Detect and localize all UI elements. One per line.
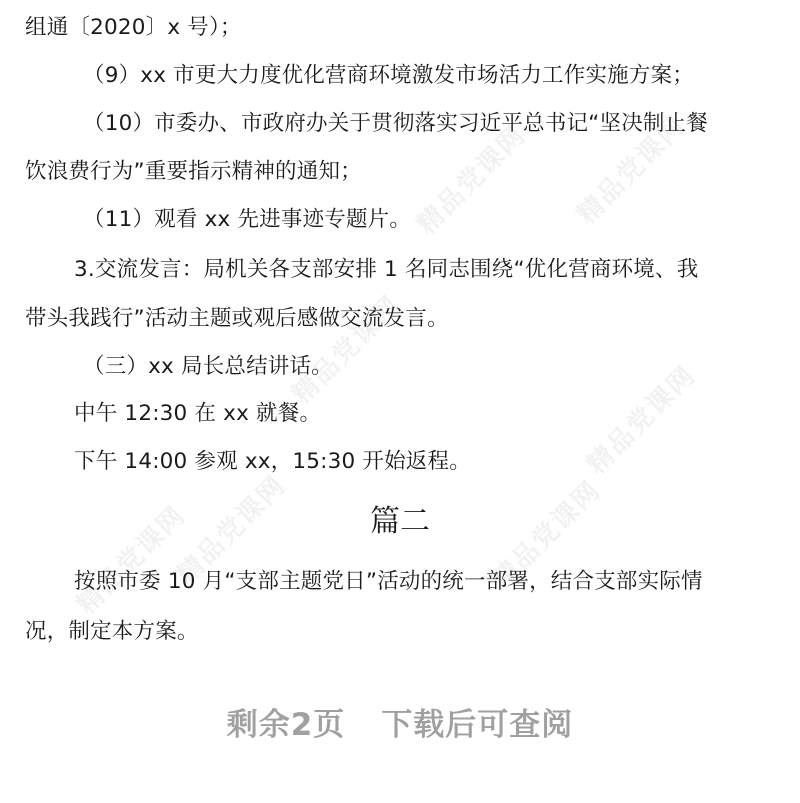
text-line: （三）xx 局长总结讲话。 [83, 353, 333, 381]
text-line: （11）观看 xx 先进事迹专题片。 [83, 206, 411, 234]
remaining-pages-label: 剩余2页 [227, 707, 346, 743]
download-hint-label[interactable]: 下载后可查阅 [381, 707, 573, 743]
text-line: 下午 14:00 参观 xx，15:30 开始返程。 [74, 448, 471, 476]
text-line: 3.交流发言：局机关各支部安排 1 名同志围绕“优化营商环境、我 [74, 256, 698, 284]
watermark: 精品党课网 [577, 356, 702, 481]
text-line: （9）xx 市更大力度优化营商环境激发市场活力工作实施方案； [83, 62, 694, 90]
text-line: 带头我践行”活动主题或观后感做交流发言。 [25, 305, 449, 333]
text-line: 中午 12:30 在 xx 就餐。 [74, 400, 321, 428]
text-line: 况，制定本方案。 [25, 618, 199, 646]
text-line: 饮浪费行为”重要指示精神的通知； [25, 158, 362, 186]
text-line: 按照市委 10 月“支部主题党日”活动的统一部署，结合支部实际情 [74, 568, 703, 596]
section-heading: 篇二 [0, 502, 800, 542]
text-line: （10）市委办、市政府办关于贯彻落实习近平总书记“坚决制止餐 [83, 110, 708, 138]
download-prompt[interactable]: 剩余2页下载后可查阅 [0, 705, 800, 745]
document-page: 精品党课网 精品党课网 精品党课网 精品党课网 精品党课网 精品党课网 精品党课… [0, 0, 800, 803]
text-line: 组通〔2020〕x 号）； [25, 14, 242, 42]
